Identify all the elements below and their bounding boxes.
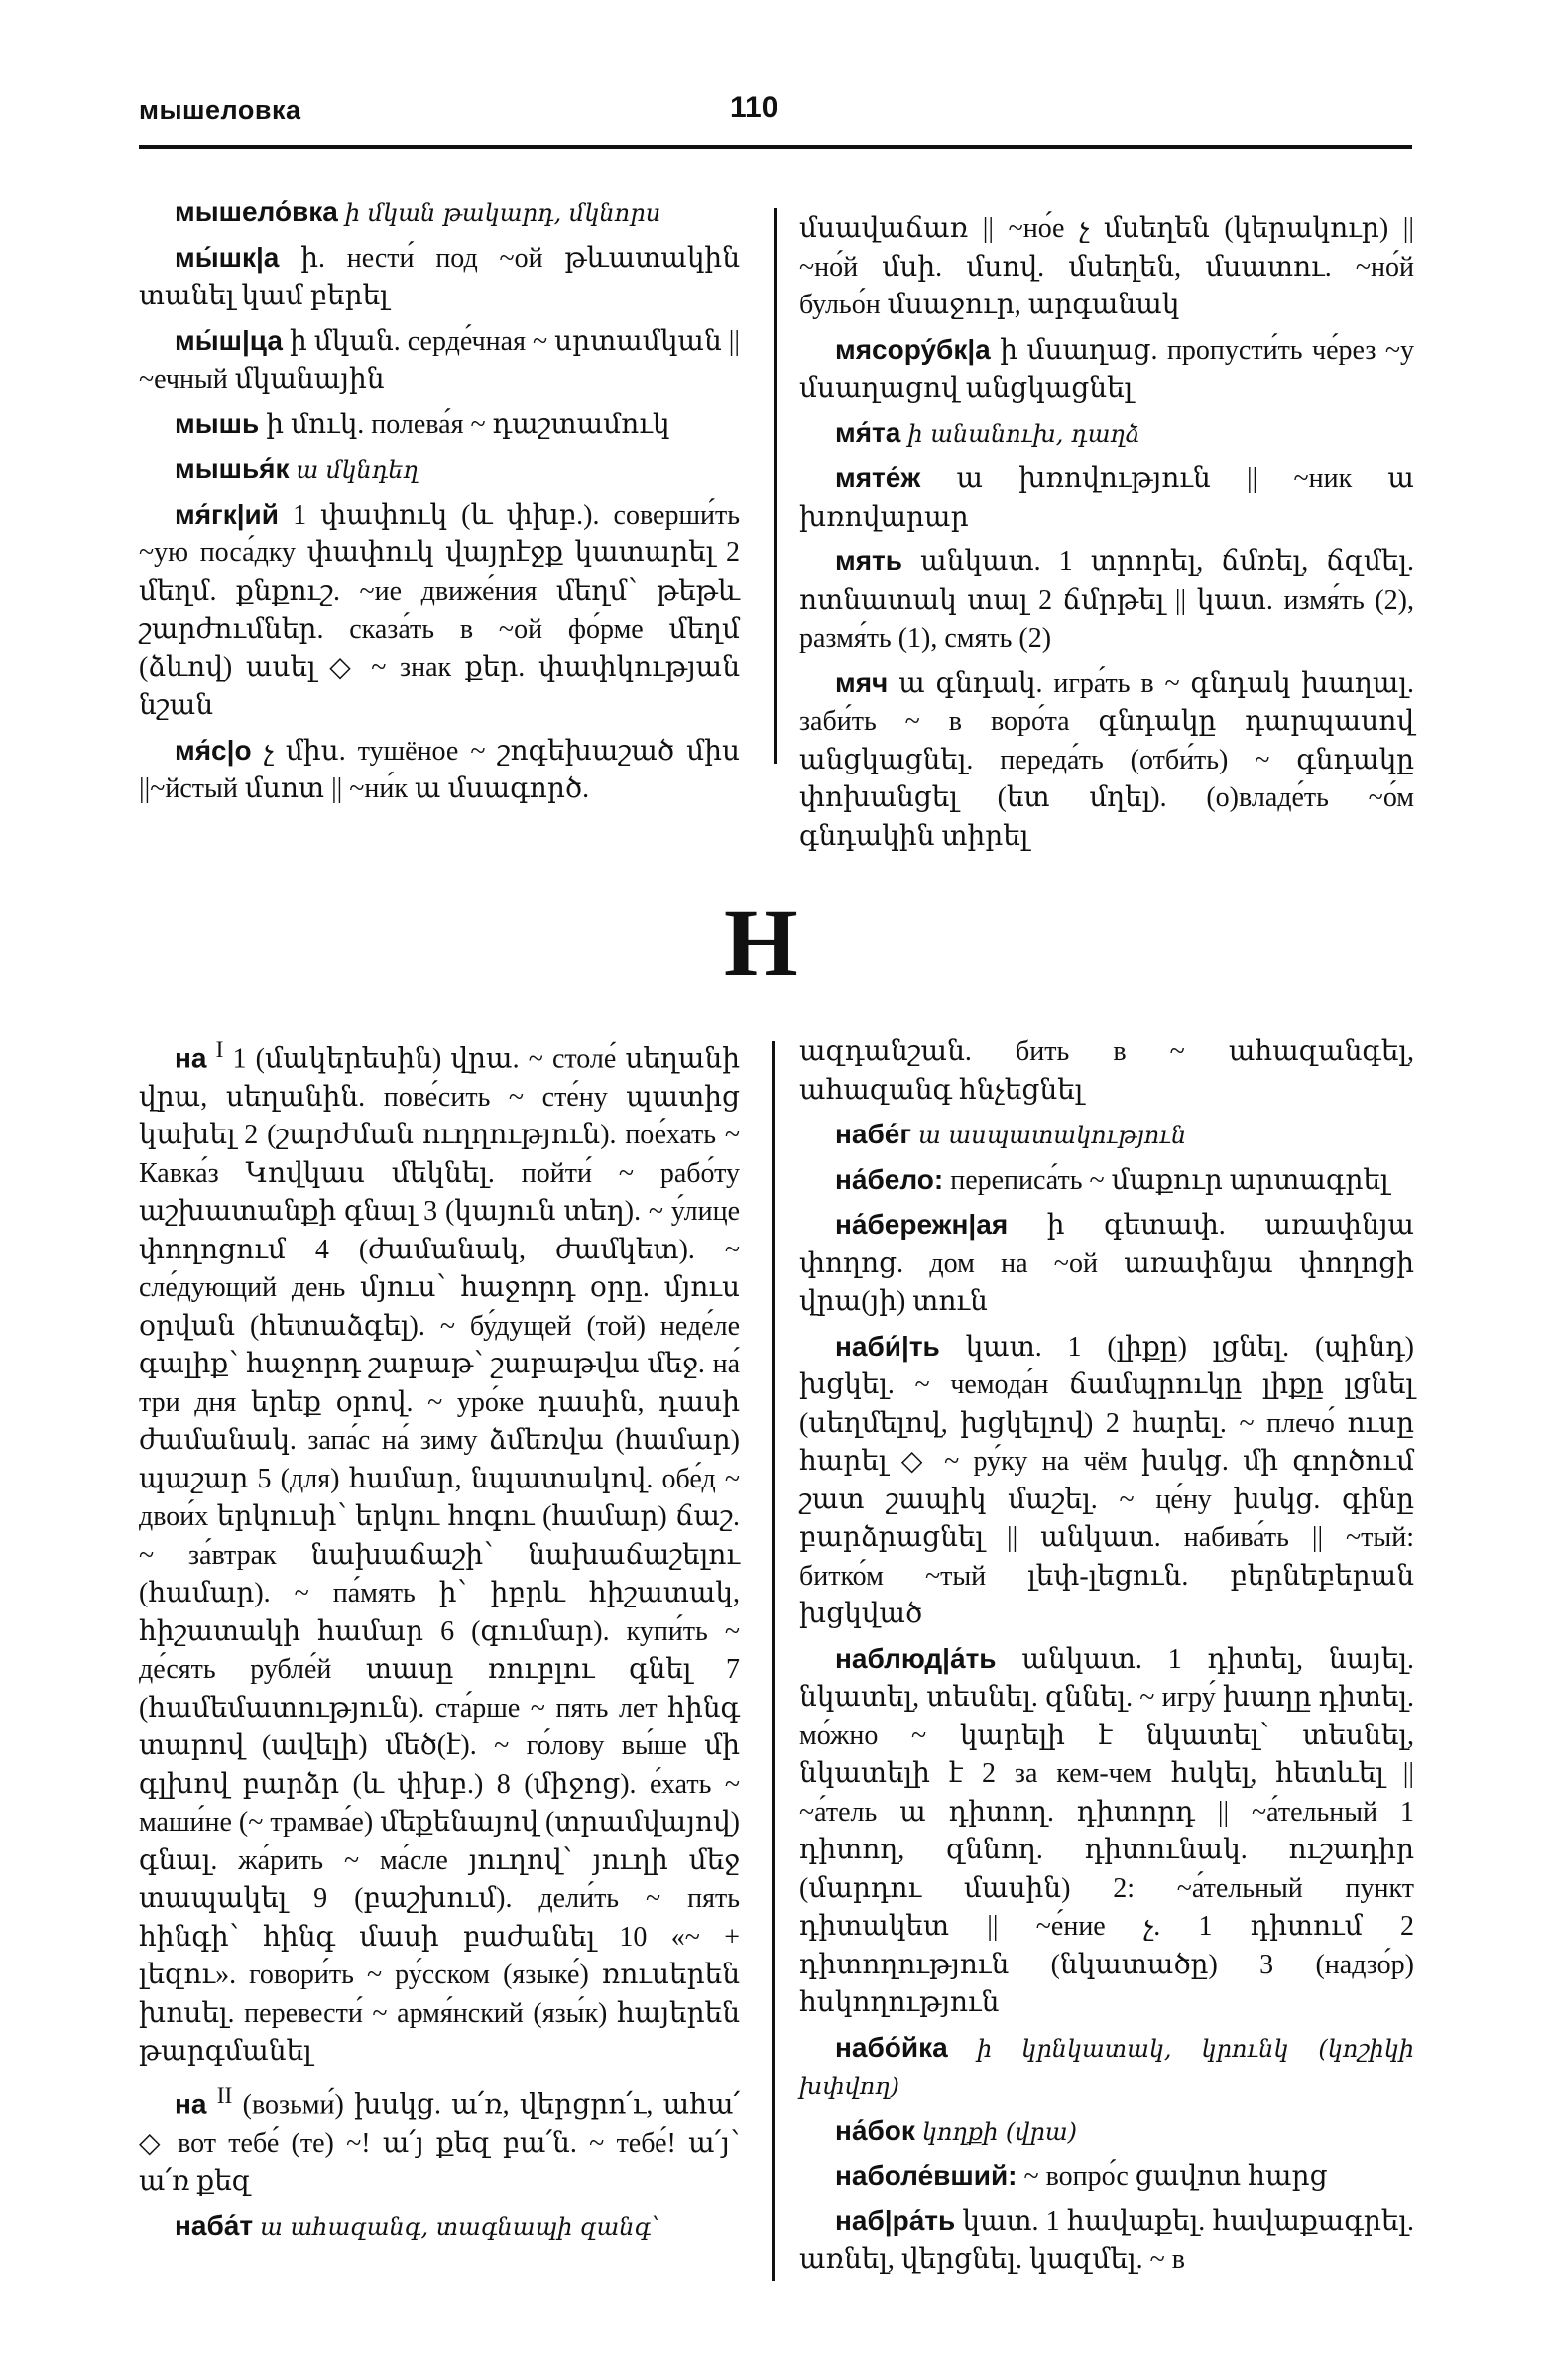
homonym-number: I — [216, 1037, 224, 1063]
headword: мы́ш|ца — [175, 325, 283, 356]
headword: на́бережн|ая — [835, 1209, 1008, 1240]
definition: ի մուկ. полева́я ~ դաշտամուկ — [266, 410, 669, 440]
headword: мышело́вка — [175, 196, 338, 227]
headword: наб|ра́ть — [835, 2205, 955, 2236]
definition: 1 փափուկ (և փխբ.). соверши́ть ~ую поса́д… — [139, 500, 740, 722]
headword: на — [175, 2088, 206, 2119]
dictionary-entry: на́бело: переписа́ть ~ մաքուր արտագրել — [799, 1161, 1414, 1201]
dictionary-entry: мять անկատ. 1 տրորել, ճմռել, ճզմել. ոտնա… — [799, 542, 1414, 658]
headword: мять — [835, 545, 902, 576]
definition: ազդանշան. бить в ~ ահազանգել, ահազանգ հն… — [799, 1036, 1414, 1106]
dictionary-entry: мяч ա գնդակ. игра́ть в ~ գնդակ խաղալ. за… — [799, 664, 1414, 857]
dictionary-entry-continuation: ազդանշան. бить в ~ ահազանգել, ահազանգ հն… — [799, 1033, 1414, 1110]
headword: наблюд|а́ть — [835, 1643, 997, 1674]
column-divider-top — [774, 208, 777, 764]
definition: ի անանուխ, դաղձ — [907, 420, 1140, 448]
definition: անկատ. 1 դիտել, նայել. նկատել, տեսնել. զ… — [799, 1644, 1414, 2019]
definition: մսավաճառ || ~но́е չ մսեղեն (կերակուր) ||… — [799, 213, 1414, 320]
dictionary-entry: мышья́к ա մկնդեղ — [139, 450, 740, 490]
homonym-number: II — [217, 2083, 233, 2109]
definition: կատ. 1 (լիքը) լցնել. (պինդ) խցկել. ~ чем… — [799, 1332, 1414, 1630]
definition: ~ вопро́с ցավոտ հարց — [1023, 2161, 1327, 2192]
header-rule — [139, 145, 1412, 149]
dictionary-entry: мышело́вка ի մկան թակարդ, մկնորս — [139, 193, 740, 233]
running-head: мышеловка — [139, 95, 300, 126]
headword: мяч — [835, 667, 888, 698]
dictionary-entry: мясору́бк|а ի մսաղաց. пропусти́ть че́рез… — [799, 331, 1414, 409]
definition: 1 (մակերեսին) վրա. ~ столе́ սեղանի վրա, … — [139, 1043, 740, 2067]
dictionary-entry: мяте́ж ա խռովություն || ~ник ա խռովարար — [799, 459, 1414, 536]
dictionary-entry: на I 1 (մակերեսին) վրա. ~ столе́ սեղանի … — [139, 1031, 740, 2072]
headword: набе́г — [835, 1119, 911, 1149]
definition: ա ասպատակություն — [918, 1122, 1186, 1149]
section-letter-heading: Н — [724, 888, 798, 998]
dictionary-entry: наболе́вший: ~ вопро́с ցավոտ հարց — [799, 2157, 1414, 2197]
definition: переписа́ть ~ մաքուր արտագրել — [950, 1165, 1388, 1196]
column-top-right: մսավաճառ || ~но́е չ մսեղեն (կերակուր) ||… — [799, 210, 1414, 862]
headword: мясору́бк|а — [835, 334, 991, 365]
dictionary-entry: мя́та ի անանուխ, դաղձ — [799, 415, 1414, 454]
dictionary-entry-continuation: մսավաճառ || ~но́е չ մսեղեն (կերակուր) ||… — [799, 210, 1414, 325]
dictionary-entry: мя́гк|ий 1 փափուկ (և փխբ.). соверши́ть ~… — [139, 496, 740, 726]
headword: на́бок — [835, 2115, 915, 2146]
definition: կողքի (վրա) — [922, 2118, 1077, 2146]
dictionary-entry: на II (возьми́) խսկց. ա՛ռ, վերցրո՛ւ, ահա… — [139, 2078, 740, 2201]
dictionary-entry: на́бережн|ая ի գետափ. առափնյա փողոց. дом… — [799, 1206, 1414, 1322]
dictionary-entry: мя́с|о չ միս. тушёное ~ շոգեխաշած միս ||… — [139, 732, 740, 809]
definition: ա ահազանգ, տագնապի զանգ՝ — [260, 2213, 659, 2241]
definition: ա գնդակ. игра́ть в ~ գնդակ խաղալ. заби́т… — [799, 668, 1414, 852]
column-bottom-right: ազդանշան. бить в ~ ահազանգել, ահազանգ հն… — [799, 1033, 1414, 2286]
headword: набо́йка — [835, 2032, 948, 2063]
headword: на — [175, 1042, 206, 1073]
headword: мя́та — [835, 417, 900, 448]
headword: наби́|ть — [835, 1331, 940, 1362]
dictionary-entry: на́бок կողքի (վրա) — [799, 2112, 1414, 2152]
column-divider-bottom — [772, 1041, 775, 2281]
column-top-left: мышело́вка ի մկան թակարդ, մկնորս мы́шк|а… — [139, 193, 740, 815]
dictionary-entry: наб|ра́ть կատ. 1 հավաքել. հավաքագրել. առ… — [799, 2202, 1414, 2280]
dictionary-entry: набе́г ա ասպատակություն — [799, 1116, 1414, 1155]
dictionary-entry: мышь ի մուկ. полева́я ~ դաշտամուկ — [139, 406, 740, 445]
dictionary-entry: наби́|ть կատ. 1 (լիքը) լցնել. (պինդ) խցկ… — [799, 1328, 1414, 1634]
page-number: 110 — [730, 91, 777, 125]
dictionary-entry: мы́шк|а ի. нести́ под ~ой թևատակին տանել… — [139, 239, 740, 316]
headword: мы́шк|а — [175, 242, 279, 273]
headword: мышь — [175, 409, 259, 439]
dictionary-entry: наблюд|а́ть անկատ. 1 դիտել, նայել. նկատե… — [799, 1640, 1414, 2023]
headword: мя́гк|ий — [175, 499, 279, 530]
headword: наба́т — [175, 2210, 253, 2241]
headword: мяте́ж — [835, 462, 920, 493]
column-bottom-left: на I 1 (մակերեսին) վրա. ~ столе́ սեղանի … — [139, 1031, 740, 2252]
headword: мышья́к — [175, 453, 290, 484]
dictionary-entry: набо́йка ի կրնկատակ, կրունկ (կոշիկի խփվո… — [799, 2029, 1414, 2106]
definition: ա մկնդեղ — [297, 456, 419, 484]
definition: ի մկան թակարդ, մկնորս — [345, 199, 660, 227]
headword: наболе́вший: — [835, 2160, 1017, 2191]
headword: мя́с|о — [175, 735, 252, 766]
dictionary-entry: наба́т ա ահազանգ, տագնապի զանգ՝ — [139, 2207, 740, 2247]
headword: на́бело: — [835, 1164, 943, 1195]
dictionary-entry: мы́ш|ца ի մկան. серде́чная ~ սրտամկան ||… — [139, 322, 740, 400]
